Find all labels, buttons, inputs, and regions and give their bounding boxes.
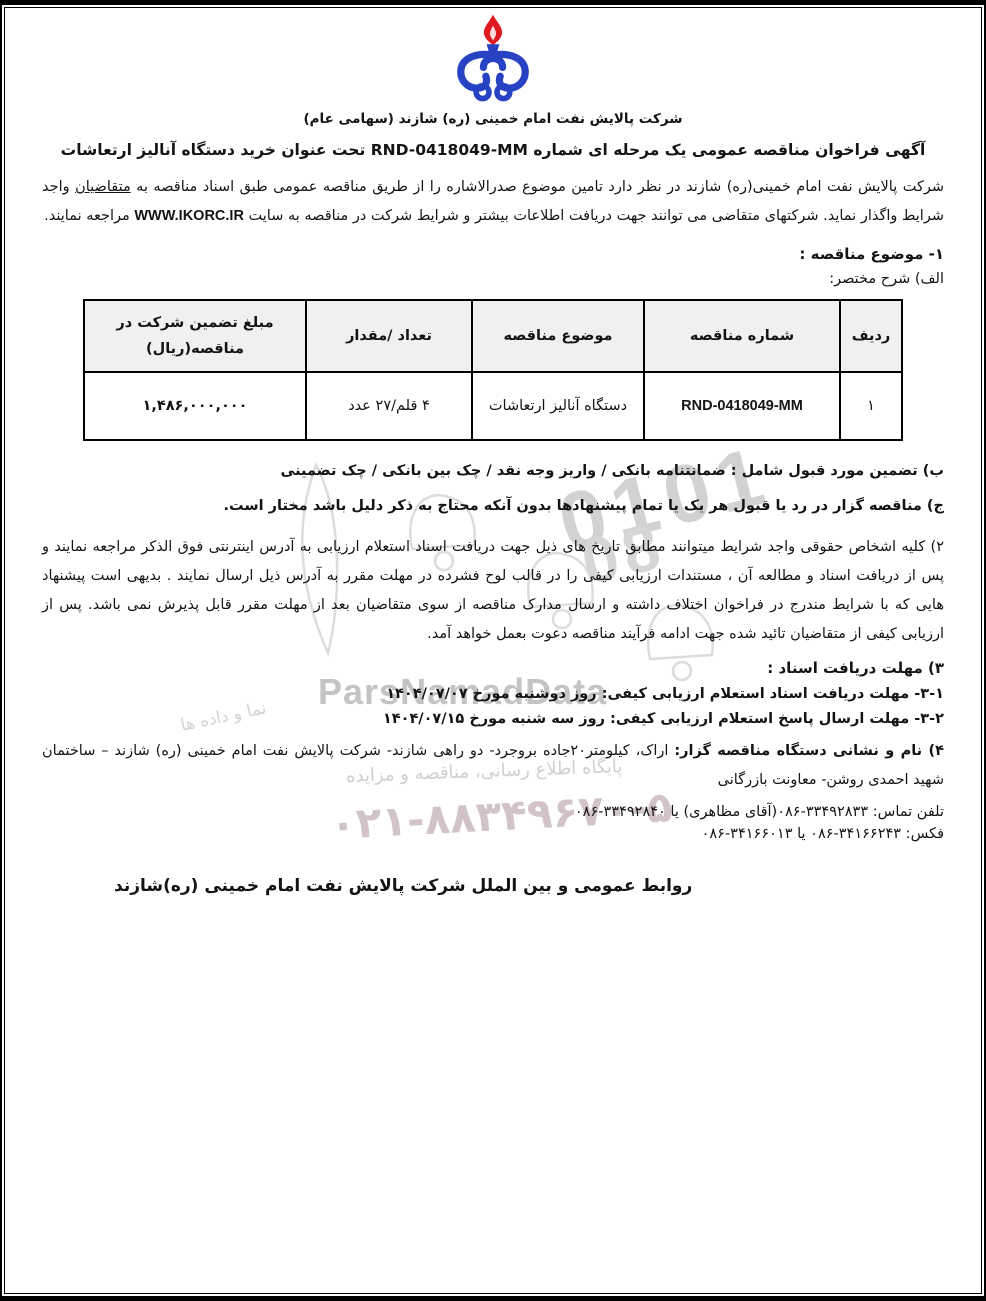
intro-paragraph: شرکت پالایش نفت امام خمینی(ره) شازند در … <box>42 173 944 231</box>
table-header-row: ردیف شماره مناقصه موضوع مناقصه تعداد /مق… <box>84 300 902 372</box>
document-header: شرکت پالایش نفت امام خمینی (ره) شازند (س… <box>42 13 944 127</box>
tender-table: ردیف شماره مناقصه موضوع مناقصه تعداد /مق… <box>83 299 903 441</box>
cell-row-no: ۱ <box>840 372 902 440</box>
section3-heading: ۳) مهلت دریافت اسناد : <box>42 659 944 677</box>
fax-line: فکس: ۳۴۱۶۶۲۴۳-۰۸۶ یا ۳۴۱۶۶۰۱۳-۰۸۶ <box>42 826 944 842</box>
section3-item2: ۳-۲- مهلت ارسال پاسخ استعلام ارزیابی کیف… <box>42 711 944 727</box>
col-header-row-no: ردیف <box>840 300 902 372</box>
company-calligraphy-name: شرکت پالایش نفت امام خمینی (ره) شازند (س… <box>42 111 944 127</box>
section3-item1: ۳-۱- مهلت دریافت اسناد استعلام ارزیابی ک… <box>42 686 944 702</box>
intro-underlined-word: متقاضیان <box>75 179 131 195</box>
section2-paragraph: ۲) کلیه اشخاص حقوقی واجد شرایط میتوانند … <box>42 533 944 649</box>
col-header-quantity: تعداد /مقدار <box>306 300 472 372</box>
cell-quantity: ۴ قلم/۲۷ عدد <box>306 372 472 440</box>
section4-label: ۴) نام و نشانی دستگاه مناقصه گزار: <box>674 743 944 759</box>
document-content: شرکت پالایش نفت امام خمینی (ره) شازند (س… <box>2 5 984 896</box>
note-b: ب) تضمین مورد قبول شامل : ضمانتنامه بانک… <box>42 457 944 486</box>
footer-signature: روابط عمومی و بین الملل شرکت پالایش نفت … <box>42 876 944 896</box>
note-c: ج) مناقصه گزار در رد یا قبول هر یک یا تم… <box>42 492 944 521</box>
col-header-tender-no: شماره مناقصه <box>644 300 840 372</box>
cell-guarantee-amount: ۱,۴۸۶,۰۰۰,۰۰۰ <box>84 372 306 440</box>
section1-heading: ۱- موضوع مناقصه : <box>42 245 944 263</box>
col-header-subject: موضوع مناقصه <box>472 300 644 372</box>
nioc-logo-icon <box>437 13 549 109</box>
announcement-title: آگهی فراخوان مناقصه عمومی یک مرحله ای شم… <box>42 141 944 159</box>
intro-part1: شرکت پالایش نفت امام خمینی(ره) شازند در … <box>131 179 944 195</box>
section4-paragraph: ۴) نام و نشانی دستگاه مناقصه گزار: اراک،… <box>42 737 944 795</box>
cell-subject: دستگاه آنالیز ارتعاشات <box>472 372 644 440</box>
intro-part3: مراجعه نمایند. <box>44 208 134 224</box>
document-page: 0101 08 ParsNamadData نما و داده ها پایگ… <box>0 0 986 1301</box>
company-website-url: WWW.IKORC.IR <box>134 208 244 224</box>
cell-tender-no: RND-0418049-MM <box>644 372 840 440</box>
phone-line: تلفن تماس: ۳۳۴۹۲۸۳۳-۰۸۶(آقای مظاهری) یا … <box>42 804 944 820</box>
table-row: ۱ RND-0418049-MM دستگاه آنالیز ارتعاشات … <box>84 372 902 440</box>
section1-subheading: الف) شرح مختصر: <box>42 271 944 287</box>
col-header-guarantee: مبلغ تضمین شرکت در مناقصه(ریال) <box>84 300 306 372</box>
